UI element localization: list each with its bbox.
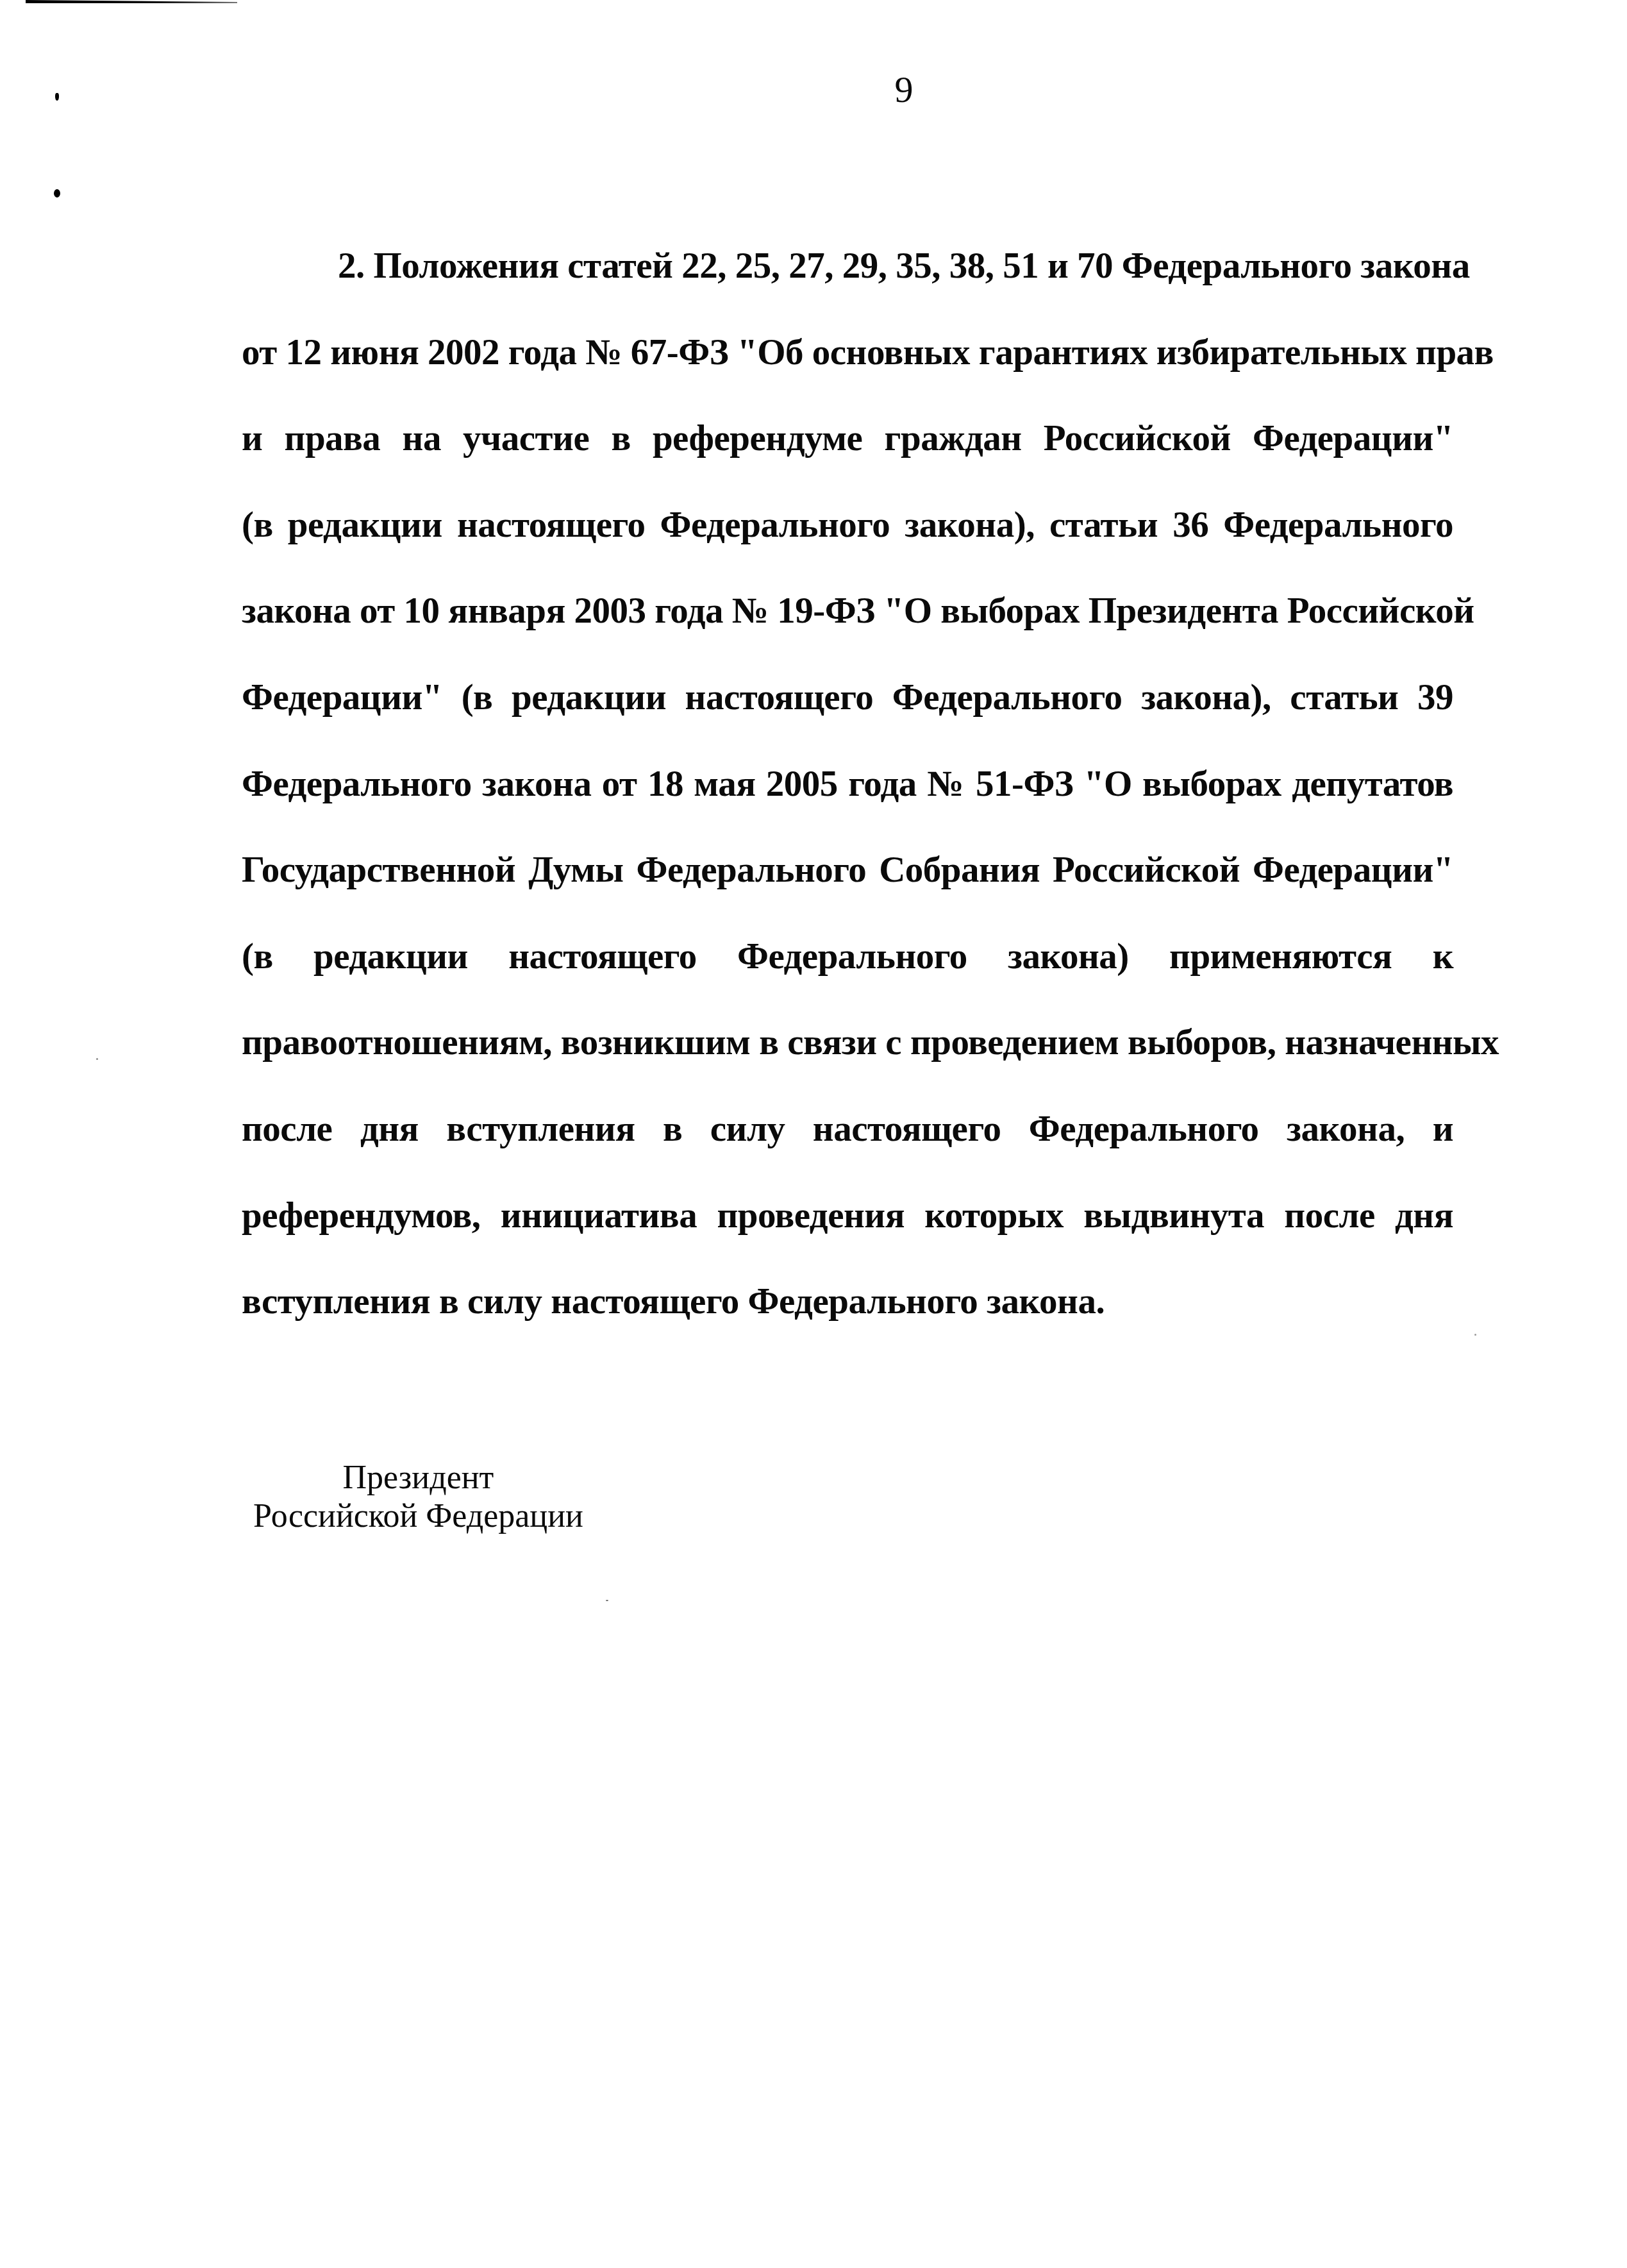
scan-speck [606,1600,608,1601]
paragraph-line: правоотношениям, возникшим в связи с про… [242,1020,1453,1107]
paragraph-line: Федерального закона от 18 мая 2005 года … [242,762,1453,848]
signature-block: Президент Российской Федерации [253,1459,583,1536]
paragraph-line: закона от 10 января 2003 года № 19-ФЗ "О… [242,589,1453,675]
scan-speck [54,189,60,197]
paragraph-line: (в редакции настоящего Федерального зако… [242,934,1453,1021]
paragraph-line: референдумов, инициатива проведения кото… [242,1193,1453,1280]
paragraph-line: (в редакции настоящего Федерального зако… [242,503,1453,589]
signature-subtitle: Российской Федерации [253,1497,583,1536]
scan-speck [96,1058,98,1060]
signature-title: Президент [253,1459,583,1497]
paragraph-line: от 12 июня 2002 года № 67-ФЗ "Об основны… [242,330,1453,417]
paragraph-line: Федерации" (в редакции настоящего Федера… [242,675,1453,762]
document-paragraph: 2. Положения статей 22, 25, 27, 29, 35, … [242,244,1453,1366]
paragraph-line: вступления в силу настоящего Федеральног… [242,1279,1453,1366]
paragraph-line: Государственной Думы Федерального Собран… [242,848,1453,934]
paragraph-line: и права на участие в референдуме граждан… [242,416,1453,503]
page-number: 9 [885,67,923,112]
paragraph-line: после дня вступления в силу настоящего Ф… [242,1107,1453,1193]
paragraph-line: 2. Положения статей 22, 25, 27, 29, 35, … [242,244,1453,330]
scan-speck [55,93,59,101]
scan-edge-line [26,0,237,3]
scan-speck [1474,1334,1476,1336]
